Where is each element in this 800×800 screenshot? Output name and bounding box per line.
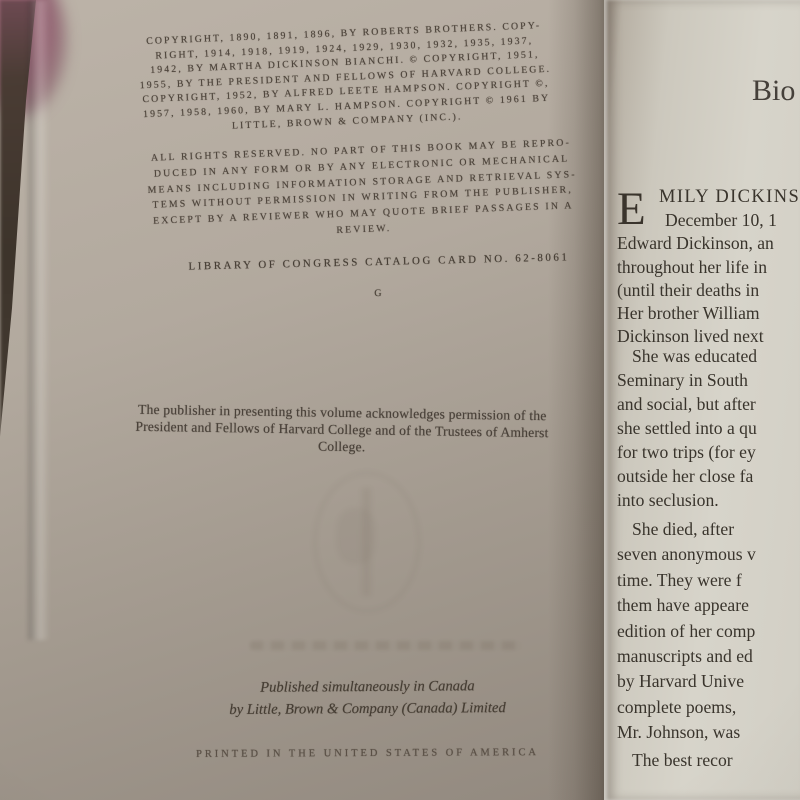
seal-ghost-detail [336, 508, 376, 564]
book-photo: COPYRIGHT, 1890, 1891, 1896, BY ROBERTS … [0, 0, 800, 800]
text-line: Seminary in South [617, 368, 800, 392]
acknowledgment-block: The publisher in presenting this volume … [62, 400, 623, 460]
text-line: she settled into a qu [617, 416, 800, 440]
paragraph-4: The best recor [617, 748, 800, 773]
text-line: manuscripts and ed [617, 644, 800, 669]
text-line: and social, but after [617, 392, 800, 416]
text-line: Mr. Johnson, was [617, 720, 800, 745]
left-page-edge [28, 0, 50, 640]
text-line: outside her close fa [617, 464, 800, 488]
text-line: for two trips (for ey [617, 440, 800, 464]
publisher-seal-ghost [314, 472, 420, 612]
right-page: Bio E MILY DICKINS December 10, 1 Edward… [604, 0, 800, 800]
text-line: Her brother William [617, 302, 800, 325]
text-line: Edward Dickinson, an [617, 232, 800, 255]
paragraph-3: She died, after seven anonymous v time. … [617, 517, 800, 746]
text-line: December 10, 1 [665, 209, 800, 232]
paragraph-2: She was educated Seminary in South and s… [617, 344, 800, 512]
text-line: The best recor [617, 748, 800, 773]
text-line: complete poems, [617, 695, 800, 720]
text-line: edition of her comp [617, 619, 800, 644]
text-line: time. They were f [617, 568, 800, 593]
text-line: She was educated [617, 344, 800, 368]
gutter-shadow [548, 0, 606, 800]
text-line: by Harvard Unive [617, 669, 800, 694]
text-line: them have appeare [617, 593, 800, 618]
ghost-showthrough-line [250, 641, 522, 650]
text-line: MILY DICKINS [659, 186, 800, 209]
text-line: seven anonymous v [617, 542, 800, 567]
text-line: throughout her life in [617, 256, 800, 279]
text-line: into seclusion. [617, 488, 800, 512]
chapter-header: Bio [752, 74, 795, 108]
text-line: (until their deaths in [617, 279, 800, 302]
paragraph-1: MILY DICKINS December 10, 1 Edward Dicki… [617, 186, 800, 348]
text-line: She died, after [617, 517, 800, 542]
